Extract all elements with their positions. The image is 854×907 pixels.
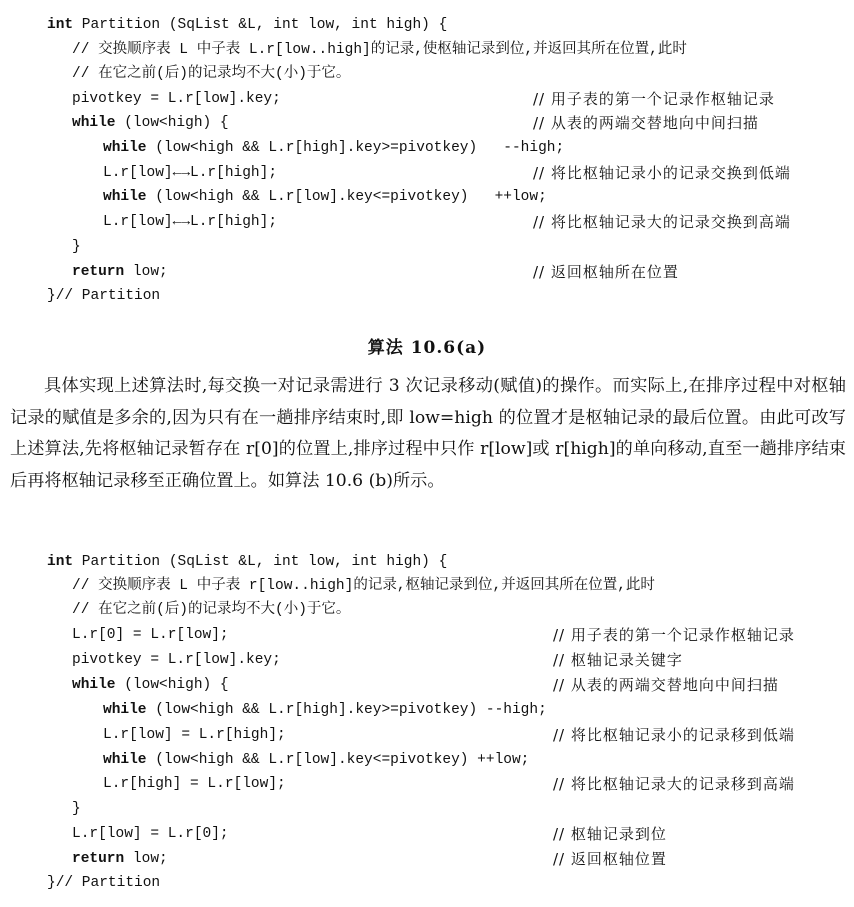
keyword: while	[72, 677, 116, 693]
code-line-b-2: // 在它之前(后)的记录均不大(小)于它。	[72, 600, 350, 620]
code-line-b-13: }// Partition	[47, 873, 160, 893]
explanation-paragraph: 具体实现上述算法时,每交换一对记录需进行 3 次记录移动(赋值)的操作。而实际上…	[10, 371, 846, 497]
code-line-a-10: return low;	[72, 262, 168, 282]
code-line-a-4: while (low<high) {	[72, 113, 229, 133]
code-line-b-6: while (low<high && L.r[high].key>=pivotk…	[103, 700, 547, 720]
code-text: pivotkey = L.r[low].key;	[72, 91, 281, 107]
code-comment: // 交换顺序表 L 中子表 r[low..high]的记录,枢轴记录到位,并返…	[72, 578, 655, 594]
code-line-b-4: pivotkey = L.r[low].key;	[72, 650, 281, 670]
algorithm-caption: 算法 10.6(a)	[0, 333, 854, 358]
code-text: (low<high && L.r[low].key<=pivotkey) ++l…	[147, 752, 530, 768]
keyword: while	[103, 702, 147, 718]
code-text: low;	[124, 851, 168, 867]
code-line-a-9: }	[72, 237, 81, 257]
keyword: while	[103, 752, 147, 768]
code-line-b-1: // 交换顺序表 L 中子表 r[low..high]的记录,枢轴记录到位,并返…	[72, 576, 655, 596]
code-line-a-2: // 在它之前(后)的记录均不大(小)于它。	[72, 64, 350, 84]
code-line-a-5: while (low<high && L.r[high].key>=pivotk…	[103, 138, 564, 158]
code-line-b-12: return low;	[72, 849, 168, 869]
code-text: (low<high && L.r[high].key>=pivotkey) --…	[147, 702, 547, 718]
code-line-a-7: while (low<high && L.r[low].key<=pivotke…	[103, 187, 547, 207]
code-text: }// Partition	[47, 288, 160, 304]
code-line-a-3: pivotkey = L.r[low].key;	[72, 89, 281, 109]
paragraph-text: 具体实现上述算法时,每交换一对记录需进行 3 次记录移动(赋值)的操作。而实际上…	[10, 371, 846, 497]
code-line-b-3: L.r[0] = L.r[low];	[72, 625, 229, 645]
code-text: (low<high && L.r[low].key<=pivotkey) ++l…	[147, 189, 547, 205]
inline-comment: // 用子表的第一个记录作枢轴记录	[533, 89, 775, 109]
code-text: low;	[124, 264, 168, 280]
code-line-b-10: }	[72, 799, 81, 819]
code-text: (low<high) {	[116, 115, 229, 131]
code-line-b-8: while (low<high && L.r[low].key<=pivotke…	[103, 750, 529, 770]
code-comment: // 在它之前(后)的记录均不大(小)于它。	[72, 66, 350, 82]
inline-comment: // 将比枢轴记录小的记录移到低端	[553, 725, 795, 745]
code-line-b-9: L.r[high] = L.r[low];	[103, 774, 286, 794]
inline-comment: // 将比枢轴记录大的记录交换到高端	[533, 212, 791, 232]
inline-comment: // 返回枢轴位置	[553, 849, 667, 869]
code-line-b-11: L.r[low] = L.r[0];	[72, 824, 229, 844]
code-line-a-11: }// Partition	[47, 286, 160, 306]
inline-comment: // 从表的两端交替地向中间扫描	[553, 675, 779, 695]
code-text: }	[72, 801, 81, 817]
code-text: L.r[low] = L.r[0];	[72, 826, 229, 842]
code-text: Partition (SqList &L, int low, int high)…	[73, 17, 447, 33]
code-line-a-0: int Partition (SqList &L, int low, int h…	[47, 15, 447, 35]
code-text: L.r[low]←→L.r[high];	[103, 165, 277, 181]
code-line-b-0: int Partition (SqList &L, int low, int h…	[47, 552, 447, 572]
code-line-a-8: L.r[low]←→L.r[high];	[103, 212, 277, 232]
code-text: (low<high) {	[116, 677, 229, 693]
inline-comment: // 用子表的第一个记录作枢轴记录	[553, 625, 795, 645]
inline-comment: // 将比枢轴记录大的记录移到高端	[553, 774, 795, 794]
inline-comment: // 枢轴记录到位	[553, 824, 667, 844]
inline-comment: // 从表的两端交替地向中间扫描	[533, 113, 759, 133]
code-line-b-5: while (low<high) {	[72, 675, 229, 695]
keyword: return	[72, 851, 124, 867]
code-comment: // 交换顺序表 L 中子表 L.r[low..high]的记录,使枢轴记录到位…	[72, 42, 687, 58]
code-text: Partition (SqList &L, int low, int high)…	[73, 554, 447, 570]
code-text: L.r[0] = L.r[low];	[72, 627, 229, 643]
code-text: }	[72, 239, 81, 255]
code-text: (low<high && L.r[high].key>=pivotkey) --…	[147, 140, 565, 156]
code-line-a-6: L.r[low]←→L.r[high];	[103, 163, 277, 183]
keyword: while	[72, 115, 116, 131]
code-text: }// Partition	[47, 875, 160, 891]
keyword: while	[103, 189, 147, 205]
keyword: return	[72, 264, 124, 280]
code-comment: // 在它之前(后)的记录均不大(小)于它。	[72, 602, 350, 618]
inline-comment: // 将比枢轴记录小的记录交换到低端	[533, 163, 791, 183]
code-line-a-1: // 交换顺序表 L 中子表 L.r[low..high]的记录,使枢轴记录到位…	[72, 40, 687, 60]
keyword: int	[47, 554, 73, 570]
code-text: L.r[low] = L.r[high];	[103, 727, 286, 743]
code-text: L.r[low]←→L.r[high];	[103, 214, 277, 230]
inline-comment: // 返回枢轴所在位置	[533, 262, 679, 282]
keyword: int	[47, 17, 73, 33]
code-text: pivotkey = L.r[low].key;	[72, 652, 281, 668]
keyword: while	[103, 140, 147, 156]
inline-comment: // 枢轴记录关键字	[553, 650, 683, 670]
code-text: L.r[high] = L.r[low];	[103, 776, 286, 792]
code-line-b-7: L.r[low] = L.r[high];	[103, 725, 286, 745]
